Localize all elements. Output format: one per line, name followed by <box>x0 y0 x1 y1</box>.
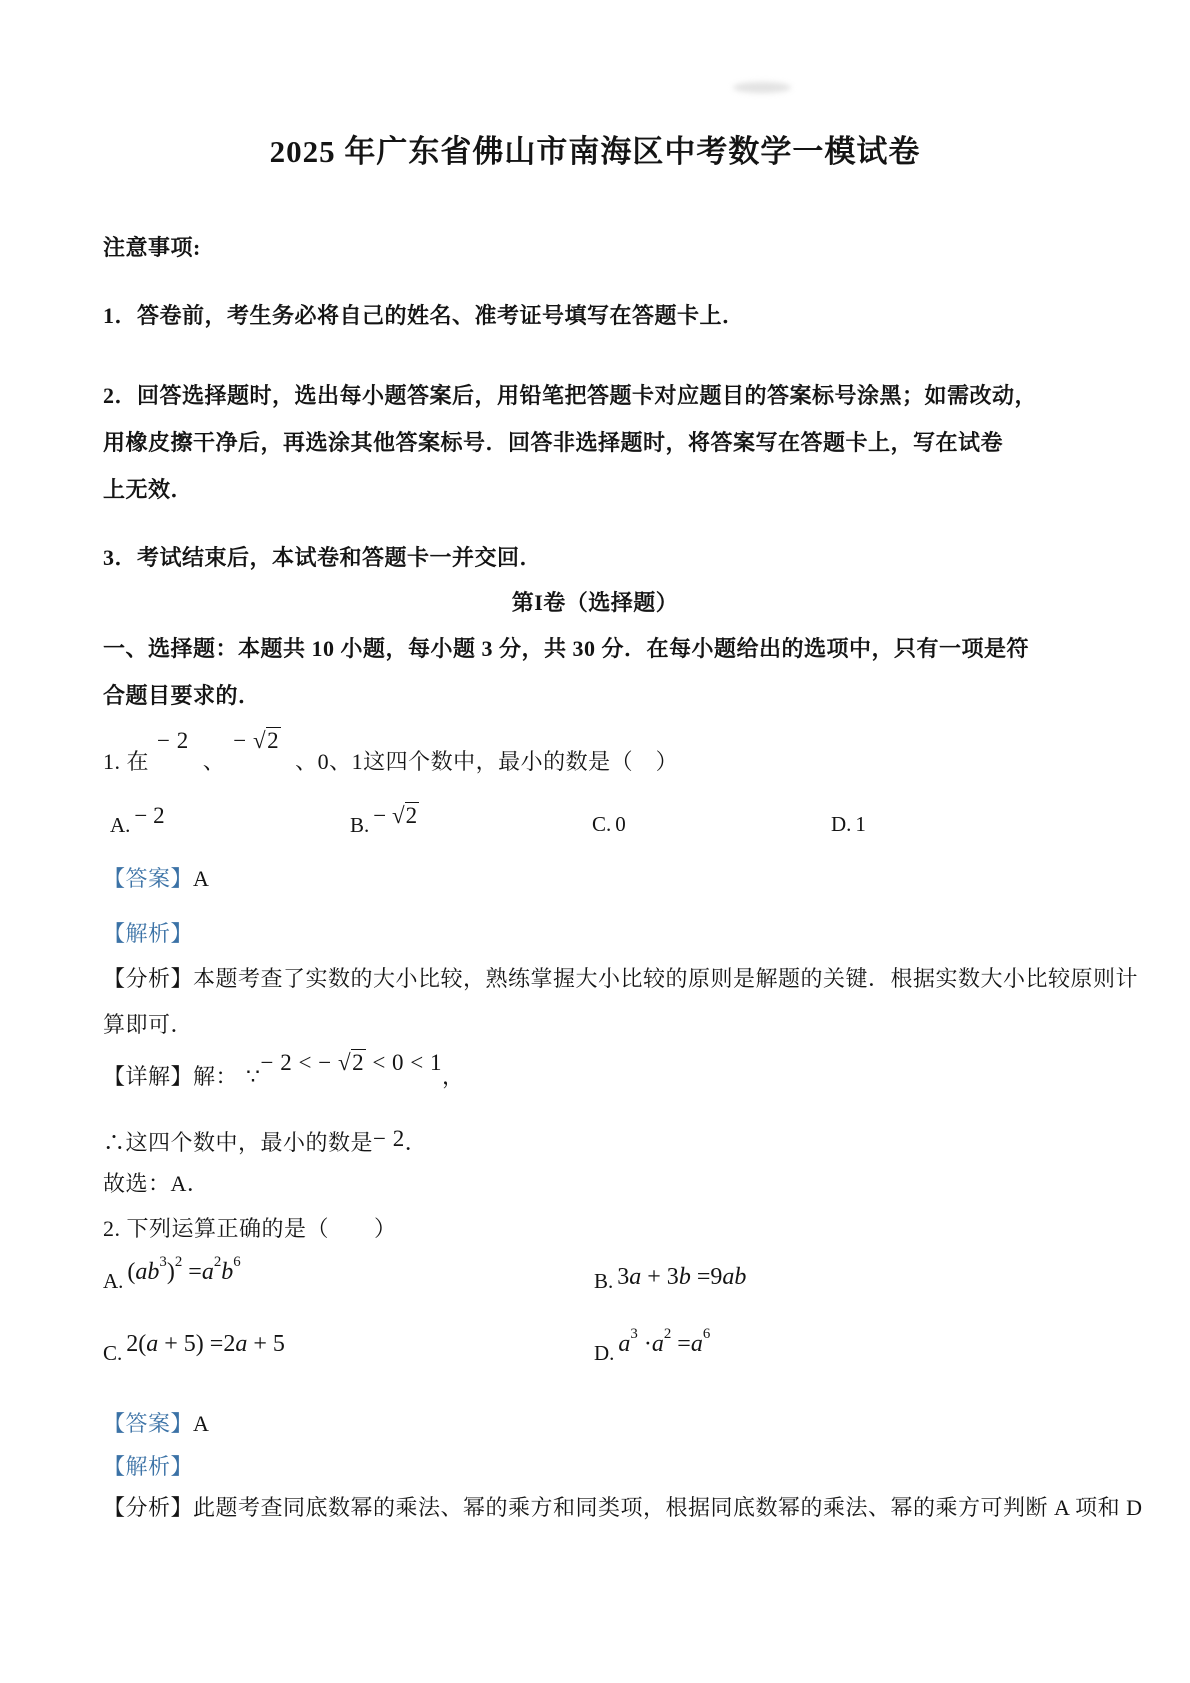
question-1-math-negsqrt2: − √2 <box>233 728 281 753</box>
notice-item-2-line-3: 上无效． <box>103 473 193 504</box>
detail-comma: ， <box>442 1064 465 1089</box>
question-1-answer-line: 【答案】A <box>103 862 209 893</box>
notice-item-1: 1．答卷前，考生务必将自己的姓名、准考证号填写在答题卡上． <box>103 299 745 330</box>
detail-prefix: 【详解】解： <box>103 1064 238 1089</box>
option-d-value: 1 <box>855 812 866 836</box>
therefore-prefix: ∴这四个数中，最小的数是 <box>103 1130 373 1155</box>
scan-smudge-artifact <box>733 82 791 93</box>
option-b-label: B. <box>350 813 369 837</box>
option-c-label: C. <box>103 1341 122 1365</box>
option-b-value: − √2 <box>373 803 419 828</box>
section-1-heading: 第I卷（选择题） <box>0 586 1190 617</box>
question-1-option-b: B. − √2 <box>350 812 419 838</box>
question-2-analysis-label: 【解析】 <box>103 1450 193 1481</box>
option-a-label: A. <box>103 1269 123 1293</box>
section-1-intro-line-2: 合题目要求的． <box>103 679 261 710</box>
question-1-stem-prefix: 1. 在 <box>103 749 149 774</box>
option-a-label: A. <box>110 813 130 837</box>
question-1-stem: 1. 在− 2、− √2、0、1这四个数中，最小的数是（ ） <box>103 745 678 776</box>
question-1-detail-line: 【详解】解：∵− 2 < − √2 < 0 < 1， <box>103 1060 465 1091</box>
question-1-conclusion-line: ∴这四个数中，最小的数是− 2． <box>103 1126 427 1157</box>
question-1-math-neg2: − 2 <box>157 728 189 753</box>
option-d-label: D. <box>831 812 851 836</box>
detail-math: − 2 < − √2 < 0 < 1 <box>261 1050 443 1075</box>
exam-paper-page: 2025 年广东省佛山市南海区中考数学一模试卷 注意事项: 1．答卷前，考生务必… <box>0 0 1190 1683</box>
question-1-analysis-label: 【解析】 <box>103 917 193 948</box>
answer-value: A <box>193 866 209 891</box>
option-a-formula: (ab3)2 =a2b6 <box>127 1259 240 1285</box>
question-1-option-c: C. 0 <box>592 812 626 837</box>
section-1-intro-line-1: 一、选择题：本题共 10 小题，每小题 3 分，共 30 分．在每小题给出的选项… <box>103 632 1029 663</box>
option-c-formula: 2(a + 5) =2a + 5 <box>126 1331 285 1357</box>
therefore-period: ． <box>405 1130 428 1155</box>
option-b-formula: 3a + 3b =9ab <box>617 1264 746 1290</box>
answer-value: A <box>193 1411 209 1436</box>
therefore-math: − 2 <box>373 1126 405 1151</box>
option-b-label: B. <box>594 1269 613 1293</box>
question-1-option-d: D. 1 <box>831 812 866 837</box>
exam-title: 2025 年广东省佛山市南海区中考数学一模试卷 <box>0 126 1190 171</box>
answer-label: 【答案】 <box>103 1411 193 1436</box>
question-2-analysis-line-1: 【分析】此题考查同底数幂的乘法、幂的乘方和同类项，根据同底数幂的乘法、幂的乘方可… <box>103 1491 1143 1522</box>
question-1-analysis-line-2: 算即可． <box>103 1008 193 1039</box>
question-1-separator: 、 <box>203 749 226 774</box>
question-2-option-d: D. a3 ·a2 =a6 <box>594 1340 710 1367</box>
question-2-option-a: A. (ab3)2 =a2b6 <box>103 1268 241 1295</box>
notice-item-2-line-2: 用橡皮擦干净后，再选涂其他答案标号．回答非选择题时，将答案写在答题卡上，写在试卷 <box>103 426 1003 457</box>
answer-label: 【答案】 <box>103 866 193 891</box>
question-1-analysis-line-1: 【分析】本题考查了实数的大小比较，熟练掌握大小比较的原则是解题的关键．根据实数大… <box>103 962 1138 993</box>
option-c-value: 0 <box>615 812 626 836</box>
question-2-stem: 2. 下列运算正确的是（ ） <box>103 1212 397 1243</box>
option-a-value: − 2 <box>134 803 164 828</box>
notice-heading: 注意事项: <box>103 231 201 262</box>
question-2-answer-line: 【答案】A <box>103 1407 209 1438</box>
question-1-option-a: A. − 2 <box>110 812 165 838</box>
notice-item-2-line-1: 2．回答选择题时，选出每小题答案后，用铅笔把答题卡对应题目的答案标号涂黑；如需改… <box>103 379 1037 410</box>
question-2-option-b: B. 3a + 3b =9ab <box>594 1268 746 1295</box>
because-sign: ∵ <box>246 1064 261 1089</box>
option-c-label: C. <box>592 812 611 836</box>
notice-item-3: 3．考试结束后，本试卷和答题卡一并交回． <box>103 541 542 572</box>
question-1-stem-suffix: 、0、1这四个数中，最小的数是（ ） <box>295 749 678 774</box>
question-2-option-c: C. 2(a + 5) =2a + 5 <box>103 1340 285 1367</box>
question-1-final-choice: 故选：A． <box>103 1167 209 1198</box>
option-d-label: D. <box>594 1341 614 1365</box>
option-d-formula: a3 ·a2 =a6 <box>618 1331 710 1357</box>
